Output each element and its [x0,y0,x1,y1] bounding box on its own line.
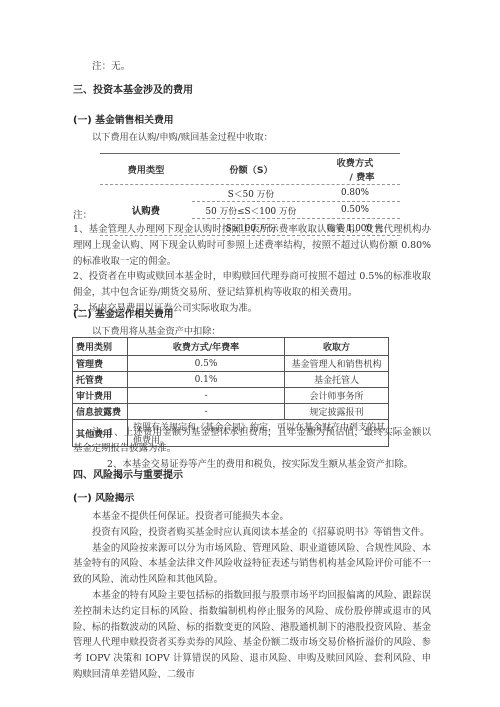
payee-cell: 会计师事务所 [285,388,389,404]
table-row: 托管费 0.1% 基金托管人 [73,372,389,388]
sales-fee-notes: 1、基金管理人办理网下现金认购时按照上表所示费率收取认购费用。发售代理机构办理网… [73,222,431,317]
operating-fee-notes: 注: 1、上述费用金额为基金整体承担费用，且年金额为预估值，最终实际金额以基金定… [73,425,431,472]
header-rate-line2: / 费率 [310,169,400,183]
subsection-operating-fees-title: (二) 基金运作相关费用 [73,309,174,321]
rate-cell: - [128,404,285,420]
risk-paragraph: 投资有风险，投资者购买基金时应认真阅读本基金的《招募说明书》等销售文件。 [73,525,431,541]
risk-paragraph: 基金的风险按来源可以分为市场风险、管理风险、职业道德风险、合规性风险、本基金特有… [73,541,431,588]
payee-cell: 规定披露报刊 [285,404,389,420]
rate-cell: 0.5% [128,356,285,372]
header-fee-type: 费用类型 [100,162,192,176]
note-item: 注: 1、上述费用金额为基金整体承担费用，且年金额为预估值，最终实际金额以基金定… [73,425,431,457]
section-3-title: 三、投资本基金涉及的费用 [73,85,193,97]
sales-fees-intro: 以下费用在认购/申购/赎回基金过程中收取： [92,132,273,144]
table-row: 管理费 0.5% 基金管理人和销售机构 [73,356,389,372]
notes-label: 注： [73,210,92,222]
share-cell: S＜50 万份 [192,187,310,200]
table-row: S＜50 万份 0.80% [192,185,400,202]
category-cell: 审计费用 [73,388,128,404]
header-share: 份额（S） [192,162,310,176]
rate-cell: - [128,388,285,404]
table-row: 信息披露费 - 规定披露报刊 [73,404,389,420]
rate-cell: 0.1% [128,372,285,388]
risk-paragraphs: 本基金不提供任何保证。投资者可能损失本金。 投资有风险，投资者购买基金时应认真阅… [73,509,431,683]
table-row: 审计费用 - 会计师事务所 [73,388,389,404]
note-item: 1、基金管理人办理网下现金认购时按照上表所示费率收取认购费用。发售代理机构办理网… [73,222,431,269]
note-none: 注：无。 [92,61,130,73]
table-row: 50 万份≤S＜100 万份 0.50% [192,202,400,219]
rate-cell: 0.80% [310,188,400,198]
risk-paragraph: 本基金的特有风险主要包括标的指数回报与股票市场平均回报偏离的风险、跟踪误差控制未… [73,588,431,683]
document-page: 注：无。 三、投资本基金涉及的费用 (一) 基金销售相关费用 以下费用在认购/申… [0,0,500,707]
table-header-row: 费用类别 收费方式/年费率 收取方 [73,338,389,356]
payee-cell: 基金托管人 [285,372,389,388]
header-payee: 收取方 [285,338,389,356]
section-4-title: 四、风险揭示与重要提示 [73,470,183,482]
risk-paragraph: 本基金不提供任何保证。投资者可能损失本金。 [73,509,431,525]
header-category: 费用类别 [73,338,128,356]
subsection-risk-title: (一) 风险揭示 [73,493,134,505]
note-item: 2、投资者在申购或赎回本基金时，申购赎回代理券商可按照不超过 0.5%的标准收取… [73,269,431,301]
category-cell: 管理费 [73,356,128,372]
category-cell: 托管费 [73,372,128,388]
payee-cell: 基金管理人和销售机构 [285,356,389,372]
header-rate-line1: 收费方式 [310,155,400,169]
table-header-row: 费用类型 份额（S） 收费方式 / 费率 [100,154,400,185]
category-cell: 信息披露费 [73,404,128,420]
subsection-sales-fees-title: (一) 基金销售相关费用 [73,115,174,127]
share-cell: 50 万份≤S＜100 万份 [192,204,310,217]
rate-cell: 0.50% [310,205,400,215]
header-rate: 收费方式/年费率 [128,338,285,356]
header-rate: 收费方式 / 费率 [310,155,400,183]
